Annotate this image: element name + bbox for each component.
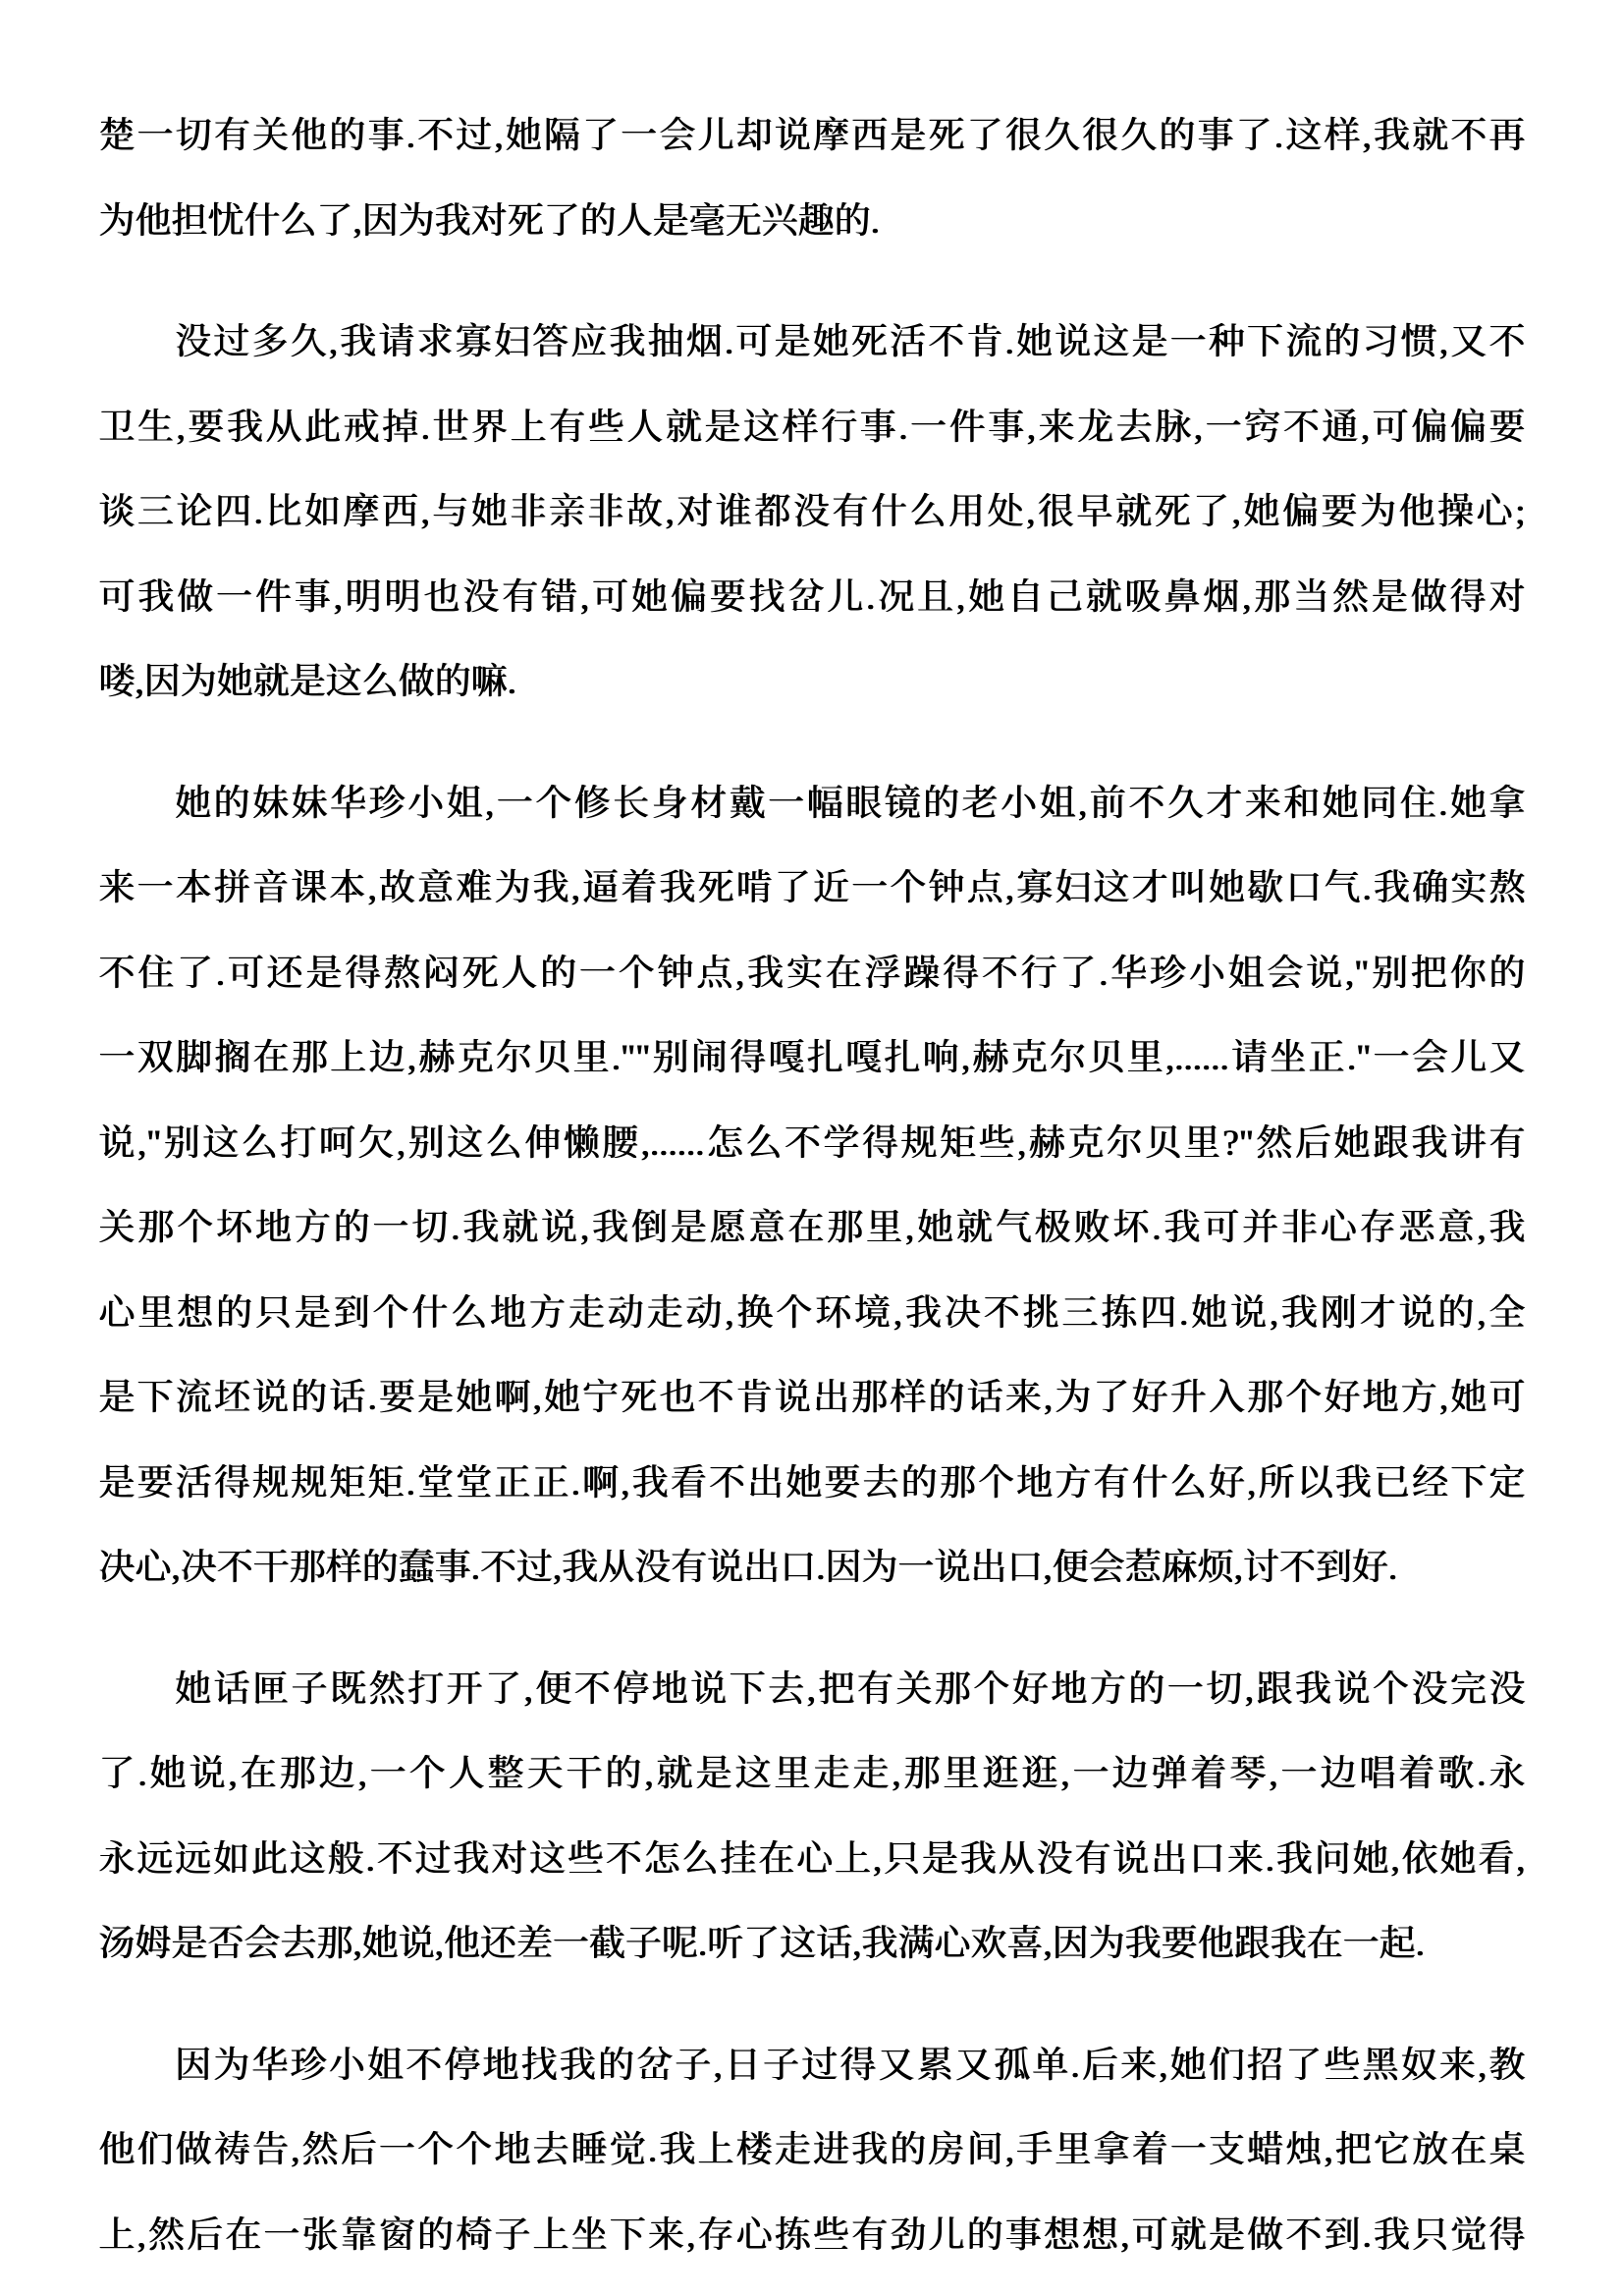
text-line: 是要活得规规矩矩.堂堂正正.啊,我看不出她要去的那个地方有什么好,所以我已经下定: [98, 1442, 1525, 1527]
text-line: 心里想的只是到个什么地方走动走动,换个环境,我决不挑三拣四.她说,我刚才说的,全: [98, 1272, 1525, 1357]
text-line: 了.她说,在那边,一个人整天干的,就是这里走走,那里逛逛,一边弹着琴,一边唱着歌…: [98, 1732, 1525, 1818]
text-line: 说,"别这么打呵欠,别这么伸懒腰,......怎么不学得规矩些,赫克尔贝里?"然…: [98, 1102, 1525, 1187]
text-line: 可我做一件事,明明也没有错,可她偏要找岔儿.况且,她自己就吸鼻烟,那当然是做得对: [98, 556, 1525, 641]
text-line: 谈三论四.比如摩西,与她非亲非故,对谁都没有什么用处,很早就死了,她偏要为他操心…: [98, 470, 1525, 556]
text-line: 是下流坯说的话.要是她啊,她宁死也不肯说出那样的话来,为了好升入那个好地方,她可: [98, 1356, 1525, 1442]
document-page: 楚一切有关他的事.不过,她隔了一会儿却说摩西是死了很久很久的事了.这样,我就不再…: [0, 0, 1623, 2296]
text-line: 关那个坏地方的一切.我就说,我倒是愿意在那里,她就气极败坏.我可并非心存恶意,我: [98, 1186, 1525, 1272]
text-line: 她话匣子既然打开了,便不停地说下去,把有关那个好地方的一切,跟我说个没完没: [98, 1648, 1525, 1733]
text-line: 卫生,要我从此戒掉.世界上有些人就是这样行事.一件事,来龙去脉,一窍不通,可偏偏…: [98, 386, 1525, 471]
text-line: 汤姆是否会去那,她说,他还差一截子呢.听了这话,我满心欢喜,因为我要他跟我在一起…: [98, 1902, 1525, 1988]
text-line: 楚一切有关他的事.不过,她隔了一会儿却说摩西是死了很久很久的事了.这样,我就不再: [98, 94, 1525, 180]
text-line: 来一本拼音课本,故意难为我,逼着我死啃了近一个钟点,寡妇这才叫她歇口气.我确实熬: [98, 847, 1525, 932]
text-line: 他们做祷告,然后一个个地去睡觉.我上楼走进我的房间,手里拿着一支蜡烛,把它放在桌: [98, 2108, 1525, 2194]
text-line: 因为华珍小姐不停地找我的岔子,日子过得又累又孤单.后来,她们招了些黑奴来,教: [98, 2024, 1525, 2109]
text-line: 为他担忧什么了,因为我对死了的人是毫无兴趣的.: [98, 180, 1525, 265]
text-line: 没过多久,我请求寡妇答应我抽烟.可是她死活不肯.她说这是一种下流的习惯,又不: [98, 301, 1525, 386]
text-line: 一双脚搁在那上边,赫克尔贝里.""别闹得嘎扎嘎扎响,赫克尔贝里,......请坐…: [98, 1016, 1525, 1102]
text-line: 永远远如此这般.不过我对这些不怎么挂在心上,只是我从没有说出口来.我问她,依她看…: [98, 1818, 1525, 1903]
text-line: 喽,因为她就是这么做的嘛.: [98, 640, 1525, 726]
text-line: 她的妹妹华珍小姐,一个修长身材戴一幅眼镜的老小姐,前不久才来和她同住.她拿: [98, 762, 1525, 847]
text-line: 不住了.可还是得熬闷死人的一个钟点,我实在浮躁得不行了.华珍小姐会说,"别把你的: [98, 932, 1525, 1017]
text-line: 决心,决不干那样的蠢事.不过,我从没有说出口.因为一说出口,便会惹麻烦,讨不到好…: [98, 1526, 1525, 1612]
text-line: 上,然后在一张靠窗的椅子上坐下来,存心拣些有劲儿的事想想,可就是做不到.我只觉得: [98, 2194, 1525, 2279]
